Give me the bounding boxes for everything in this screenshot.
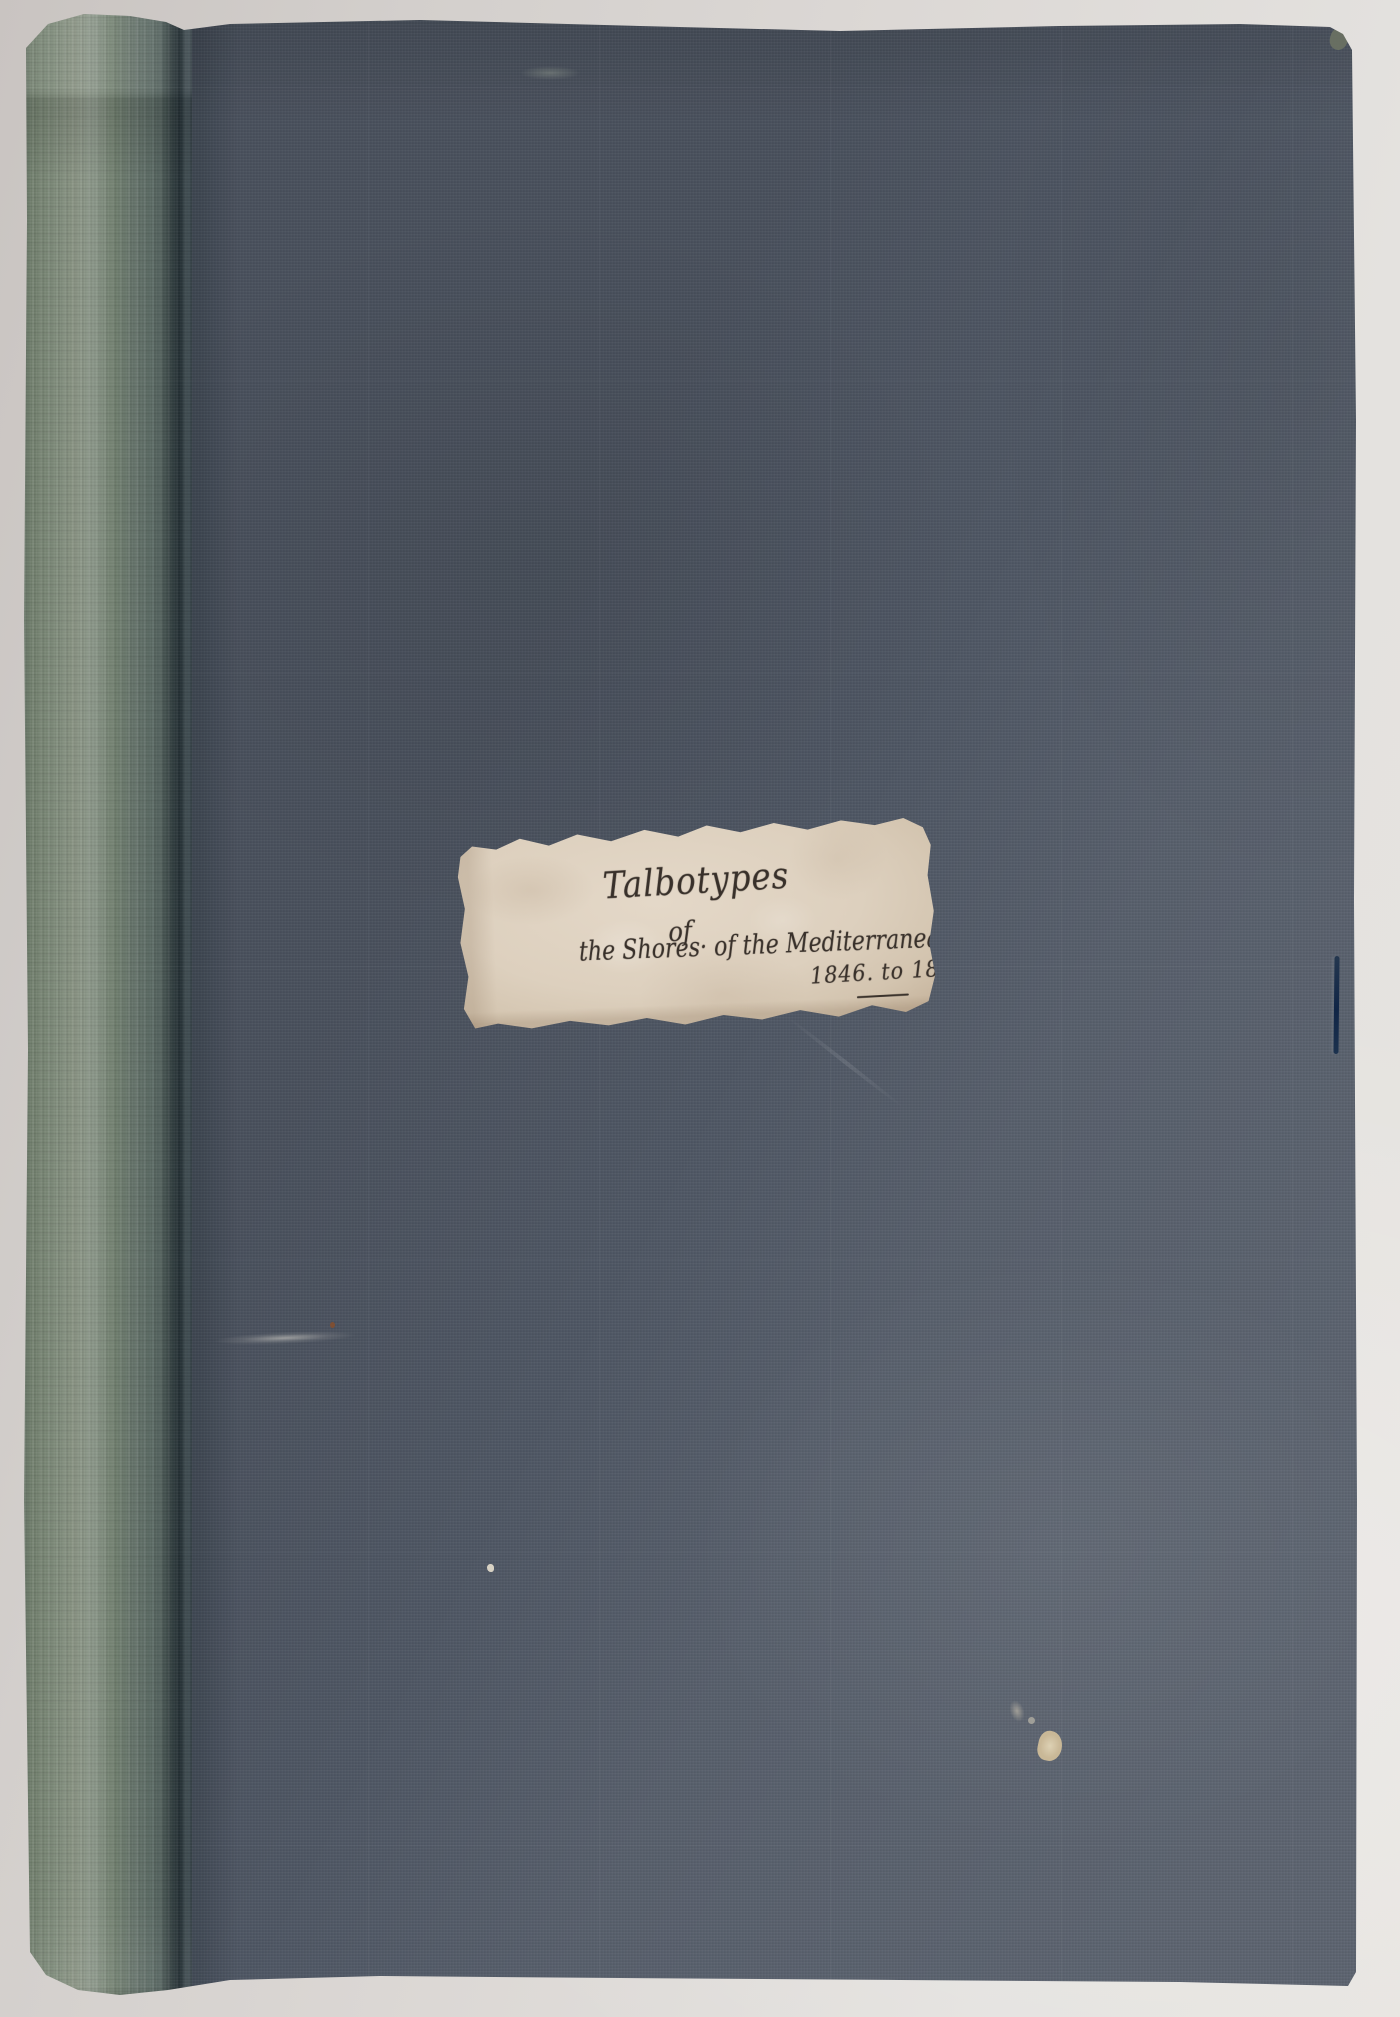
rust-speck: [330, 1322, 335, 1328]
pale-smudge-top-edge: [520, 66, 580, 80]
thread-slit-mark: [1333, 956, 1339, 1054]
photo-backdrop: Talbotypes of the Shores· of the Mediter…: [0, 0, 1400, 2017]
white-speck: [487, 1564, 494, 1572]
label-line-title: Talbotypes: [602, 857, 790, 905]
label-paper-mottling: [452, 815, 939, 1033]
album-cover: Talbotypes of the Shores· of the Mediter…: [0, 0, 1400, 2017]
paint-spot-tiny: [1028, 1717, 1035, 1724]
title-label: Talbotypes of the Shores· of the Mediter…: [452, 815, 939, 1033]
